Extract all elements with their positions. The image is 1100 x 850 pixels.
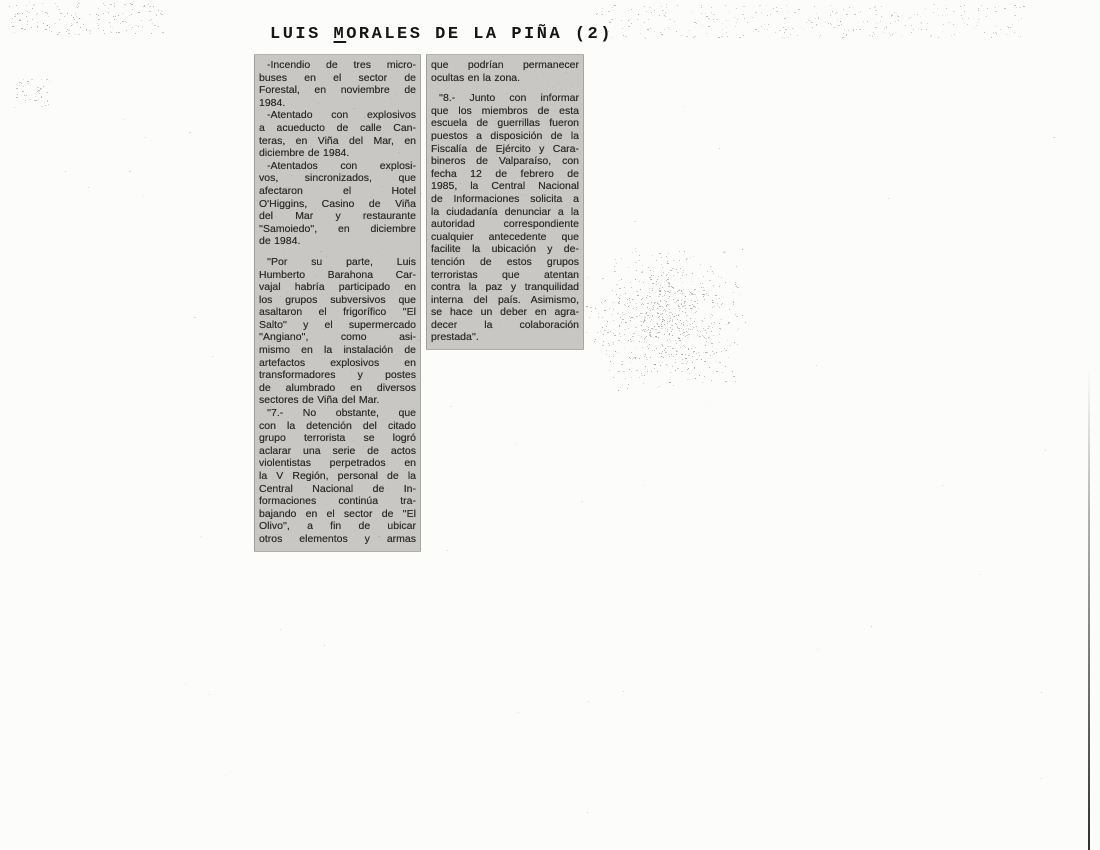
text-line: cualquier antecedente que <box>431 231 579 244</box>
text-line: tención de estos grupos <box>431 256 579 269</box>
paragraph: que podrían permanecerocultas en la zona… <box>431 59 579 84</box>
text-line: aclarar una serie de actos <box>259 445 416 458</box>
text-line: bajando en el sector de ''El <box>259 508 416 521</box>
text-line: diciembre de 1984. <box>259 147 416 160</box>
text-line: otros elementos y armas <box>259 533 416 546</box>
text-line: ''Angiano'', como asi- <box>259 331 416 344</box>
text-line: -Incendio de tres micro- <box>259 59 416 72</box>
text-line: Forestal, en noviembre de <box>259 84 416 97</box>
paragraph: -Incendio de tres micro-buses en el sect… <box>259 59 416 109</box>
paragraph: -Atentados con explosi-vos, sincronizado… <box>259 160 416 248</box>
text-line: violentistas perpetrados en <box>259 457 416 470</box>
text-line: puestos a disposición de la <box>431 130 579 143</box>
text-line: terroristas que atentan <box>431 269 579 282</box>
text-line: ''Por su parte, Luis <box>259 256 416 269</box>
title-rest: ORALES DE LA PIÑA (2) <box>346 25 613 44</box>
scan-edge-line <box>1088 370 1090 850</box>
text-line: ''Samoiedo'', en diciembre <box>259 223 416 236</box>
text-line: de 1984. <box>259 235 416 248</box>
text-line: contra la paz y tranquilidad <box>431 281 579 294</box>
text-line: Olivo'', a fin de ubicar <box>259 520 416 533</box>
text-line: O'Higgins, Casino de Viña <box>259 198 416 211</box>
text-line: escuela de guerrillas fueron <box>431 117 579 130</box>
text-line: la ciudadanía denunciar a la <box>431 206 579 219</box>
text-line: decer la colaboración <box>431 319 579 332</box>
text-line: se hace un deber en agra- <box>431 306 579 319</box>
text-line: Fiscalía de Ejército y Cara- <box>431 143 579 156</box>
text-line: que podrían permanecer <box>431 59 579 72</box>
text-line: de Informaciones solicita a <box>431 193 579 206</box>
text-line: vajal habría participado en <box>259 281 416 294</box>
text-line: los grupos subversivos que <box>259 294 416 307</box>
text-line: -Atentado con explosivos <box>259 109 416 122</box>
clipping-column-1: -Incendio de tres micro-buses en el sect… <box>254 54 421 552</box>
text-line: interna del país. Asimismo, <box>431 294 579 307</box>
paragraph: ''Por su parte, LuisHumberto Barahona Ca… <box>259 256 416 407</box>
text-line: la V Región, personal de la <box>259 470 416 483</box>
text-line: artefactos explosivos en <box>259 357 416 370</box>
text-line: 1985, la Central Nacional <box>431 180 579 193</box>
text-line: asaltaron el frigorífico ''El <box>259 306 416 319</box>
text-line: a acueducto de calle Can- <box>259 122 416 135</box>
text-line: bineros de Valparaíso, con <box>431 155 579 168</box>
text-line: de alumbrado en diversos <box>259 382 416 395</box>
text-line: Humberto Barahona Car- <box>259 269 416 282</box>
title-underlined-letter: M <box>334 25 347 44</box>
paragraph: ''8.- Junto con informarque los miembros… <box>431 92 579 344</box>
text-line: ''8.- Junto con informar <box>431 92 579 105</box>
text-line: afectaron el Hotel <box>259 185 416 198</box>
text-line: sectores de Viña del Mar. <box>259 394 416 407</box>
text-line: teras, en Viña del Mar, en <box>259 135 416 148</box>
paragraph: ''7.- No obstante, quecon la detención d… <box>259 407 416 546</box>
text-line: 1984. <box>259 97 416 110</box>
text-line: del Mar y restaurante <box>259 210 416 223</box>
clipping-column-2: que podrían permanecerocultas en la zona… <box>426 54 584 350</box>
text-line: prestada''. <box>431 331 579 344</box>
page-title: LUIS MORALES DE LA PIÑA (2) <box>270 25 613 44</box>
text-line: facilite la ubicación y de- <box>431 243 579 256</box>
text-line: buses en el sector de <box>259 72 416 85</box>
text-line: que los miembros de esta <box>431 105 579 118</box>
text-line: ocultas en la zona. <box>431 72 579 85</box>
text-line: Salto'' y el supermercado <box>259 319 416 332</box>
text-line: fecha 12 de febrero de <box>431 168 579 181</box>
text-line: autoridad correspondiente <box>431 218 579 231</box>
text-line: Central Nacional de In- <box>259 483 416 496</box>
text-line: transformadores y postes <box>259 369 416 382</box>
text-line: grupo terrorista se logró <box>259 432 416 445</box>
text-line: formaciones continúa tra- <box>259 495 416 508</box>
title-prefix: LUIS <box>270 25 334 44</box>
text-line: con la detención del citado <box>259 420 416 433</box>
text-line: vos, sincronizados, que <box>259 172 416 185</box>
text-line: mismo en la instalación de <box>259 344 416 357</box>
text-line: ''7.- No obstante, que <box>259 407 416 420</box>
text-line: -Atentados con explosi- <box>259 160 416 173</box>
paragraph: -Atentado con explosivosa acueducto de c… <box>259 109 416 159</box>
